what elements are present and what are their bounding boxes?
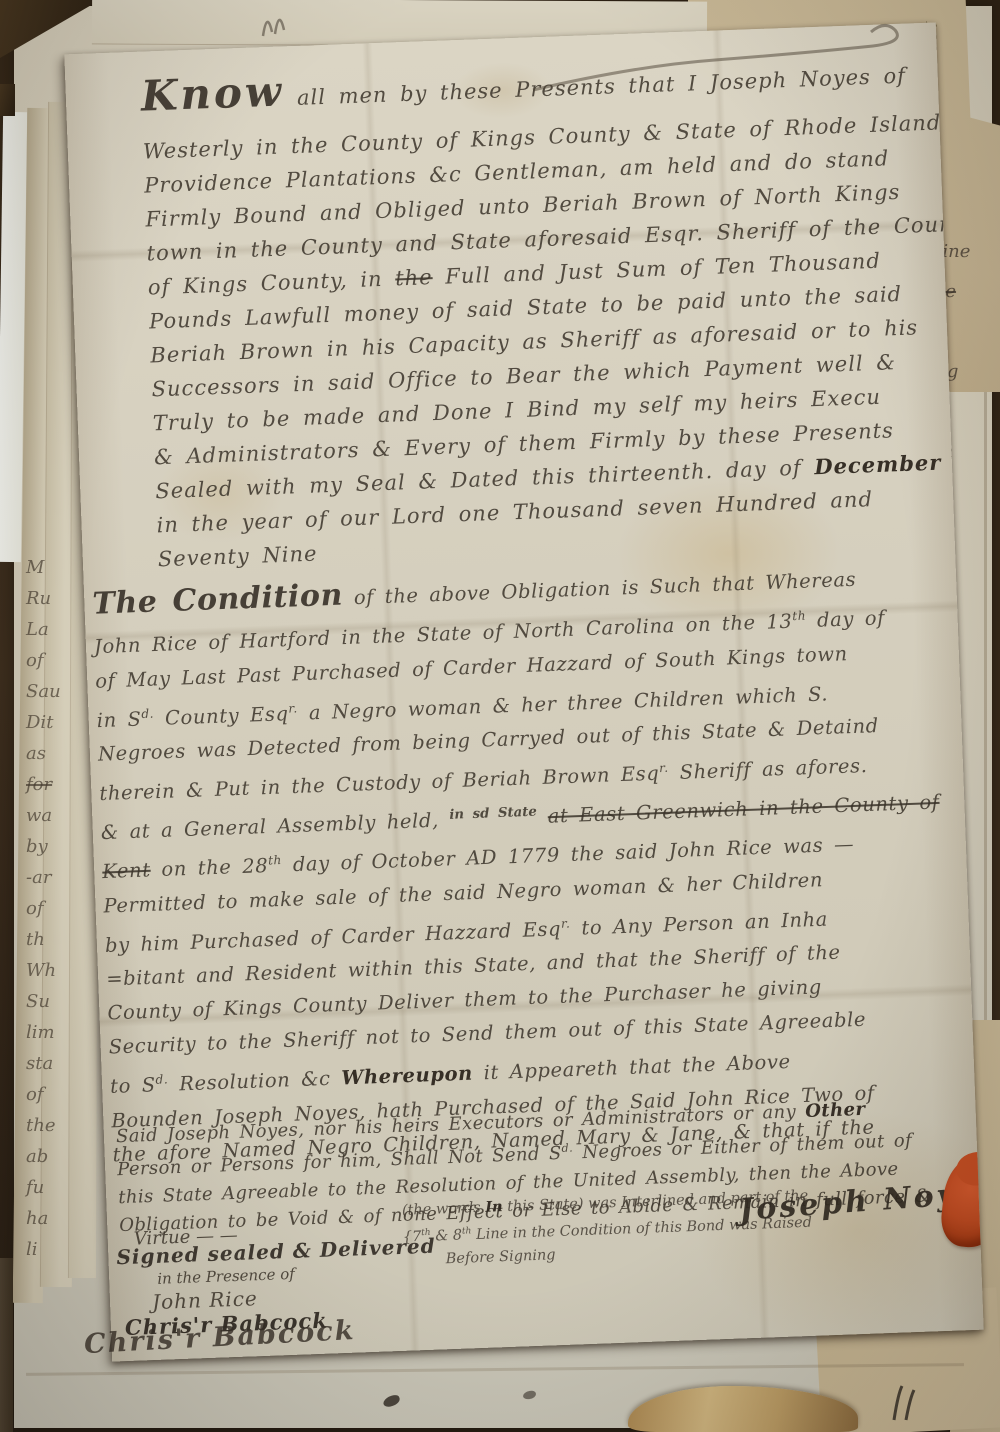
text-segment: ab (26, 1146, 48, 1167)
table-surface (0, 1258, 13, 1432)
attestation-line-2: in the Presence of (157, 1265, 295, 1288)
text-segment: d. (141, 706, 154, 720)
text-segment: the (26, 1115, 55, 1136)
text-segment: The Condition (92, 578, 344, 622)
text-segment: to Any Person an Inha (570, 907, 828, 939)
text-segment: day of (806, 606, 885, 632)
document-line: ha (26, 1203, 61, 1234)
text-segment: M (26, 557, 44, 578)
text-segment: ha (26, 1208, 48, 1229)
text-segment: th (26, 929, 45, 950)
text-segment: d. (155, 1072, 168, 1086)
document-line: Wh (26, 955, 61, 986)
document-line: M (26, 552, 61, 583)
document-line: for (26, 769, 61, 800)
text-segment: Sau (26, 681, 61, 702)
text-segment: County Esq (154, 702, 289, 730)
document-line: fu (26, 1172, 61, 1203)
text-segment: Resolution &c (168, 1066, 342, 1095)
text-segment: r. (561, 916, 571, 930)
text-segment: In (485, 1198, 503, 1216)
text-segment: th (462, 1226, 472, 1236)
text-segment: for (26, 774, 52, 795)
document-line: Ru (26, 583, 61, 614)
text-segment: lim (26, 1022, 55, 1043)
text-segment: th (268, 853, 282, 867)
document-line: th (26, 924, 61, 955)
table-surface (0, 84, 15, 116)
document-line: by (26, 831, 61, 862)
document-line: of (26, 893, 61, 924)
text-segment: of (26, 898, 44, 919)
text-segment: of (26, 650, 44, 671)
document-line: Sau (26, 676, 61, 707)
text-segment: of (26, 1084, 44, 1105)
text-segment: Wh (26, 960, 56, 981)
text-segment: Other (805, 1099, 866, 1122)
document-line: sta (26, 1048, 61, 1079)
text-segment: the (395, 265, 433, 290)
document-line: Dit (26, 707, 61, 738)
undersheet-text-left: MRuLaofSauDitasforwaby-arofthWhSulimstao… (26, 552, 61, 1265)
document-line: La (26, 614, 61, 645)
text-segment: Kent (102, 858, 151, 883)
text-segment: Seventy Nine (157, 541, 317, 571)
text-segment: Su (26, 991, 50, 1012)
document-line: the (26, 1110, 61, 1141)
text-segment: in sd State (449, 804, 537, 822)
document-line: ab (26, 1141, 61, 1172)
text-segment: December (814, 450, 942, 480)
text-segment: th (792, 609, 806, 623)
ink-flourish (245, 2, 935, 98)
document-line: as (26, 738, 61, 769)
text-segment: as (26, 743, 46, 764)
text-segment: sta (26, 1053, 53, 1074)
text-segment: Dit (26, 712, 53, 733)
text-segment: it Appeareth that the Above (472, 1050, 791, 1085)
text-segment: r. (659, 761, 669, 775)
text-segment: to S (110, 1073, 156, 1098)
bond-condition-paragraph: The Condition of the above Obligation is… (92, 556, 973, 1172)
photo-of-historical-bond-document: 109 BOX MRuLaofSauDitasforwaby-arofthWhS… (0, 0, 1000, 1432)
text-segment: La (26, 619, 49, 640)
bond-obligation-paragraph: Know all men by these Presents that I Jo… (140, 51, 938, 576)
text-segment: Sheriff as afores. (668, 754, 867, 784)
text-segment: (the words (402, 1200, 486, 1219)
document-line: of (26, 645, 61, 676)
text-segment: li (26, 1239, 38, 1260)
text-segment: of Kings County, in (147, 266, 395, 299)
document-line: li (26, 1234, 61, 1265)
text-segment: Before Signing (445, 1247, 555, 1267)
text-segment: -ar (26, 867, 51, 888)
text-segment: Whereupon (341, 1062, 473, 1090)
document-line: Su (26, 986, 61, 1017)
text-segment: by (26, 836, 48, 857)
text-segment: on the 28 (150, 854, 268, 881)
document-line: -ar (26, 862, 61, 893)
text-segment: fu (26, 1177, 44, 1198)
document-line: wa (26, 800, 61, 831)
pen-mark-ll (884, 1380, 924, 1424)
text-segment: in S (96, 707, 142, 732)
text-segment: Ru (26, 588, 51, 609)
text-segment: d. (561, 1142, 573, 1155)
text-segment: wa (26, 805, 52, 826)
document-line: of (26, 1079, 61, 1110)
bond-document-sheet: Know all men by these Presents that I Jo… (64, 22, 983, 1361)
document-line: lim (26, 1017, 61, 1048)
